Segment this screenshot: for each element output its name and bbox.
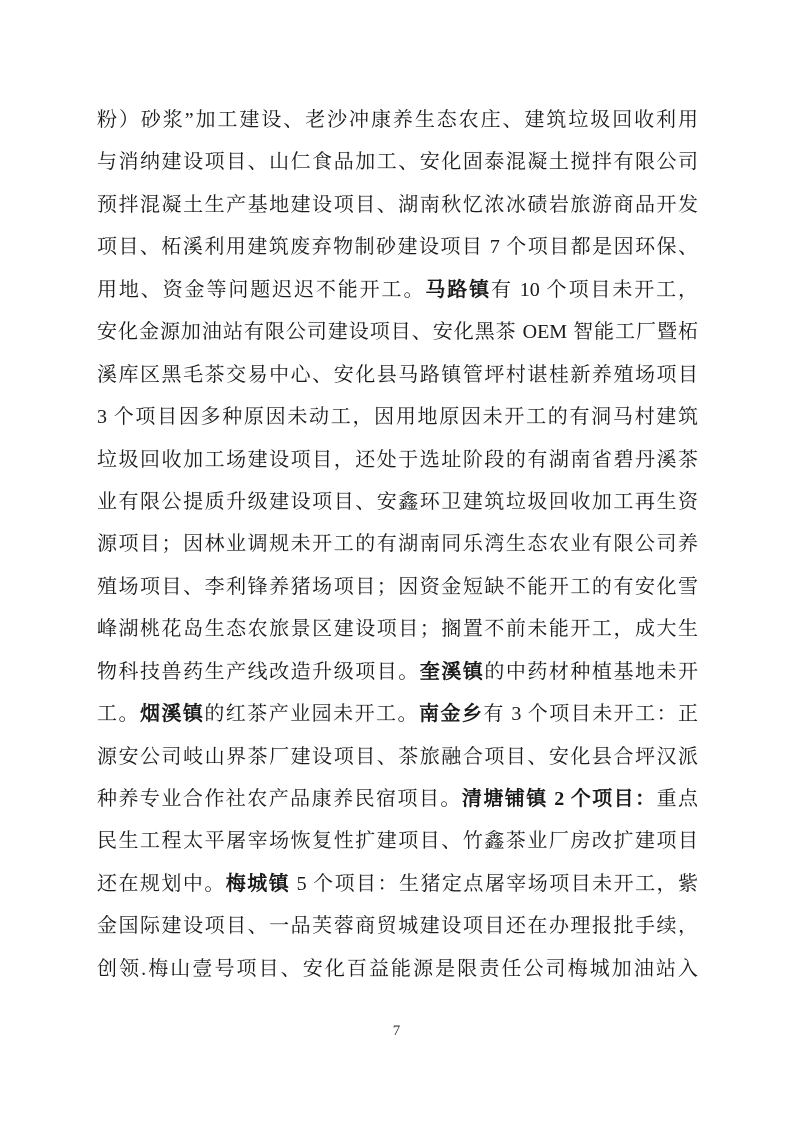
page-number: 7 — [0, 1020, 793, 1042]
text-segment: 3 个项目因多种原因未动工，因用地原因未开工的有洞马村建筑 — [97, 406, 698, 428]
text-segment: 安化金源加油站有限公司建设项目、安化黑茶 OEM 智能工厂暨柘 — [97, 321, 698, 343]
bold-text-segment: 马路镇 — [425, 279, 491, 301]
text-segment: 垃圾回收加工场建设项目，还处于选址阶段的有湖南省碧丹溪茶 — [97, 449, 698, 471]
text-segment: 源项目；因林业调规未开工的有湖南同乐湾生态农业有限公司养 — [97, 533, 698, 555]
text-segment: 业有限公提质升级建设项目、安鑫环卫建筑垃圾回收加工再生资 — [97, 491, 698, 513]
text-segment: 溪库区黑毛茶交易中心、安化县马路镇管坪村谌桂新养殖场项目 — [97, 364, 698, 386]
text-segment: 金国际建设项目、一品芙蓉商贸城建设项目还在办理报批手续， — [97, 915, 698, 937]
text-segment: 有 10 个项目未开工， — [491, 279, 698, 301]
text-line: 用地、资金等问题迟迟不能开工。马路镇有 10 个项目未开工， — [97, 269, 698, 311]
text-segment: 源安公司岐山界茶厂建设项目、茶旅融合项目、安化县合坪汉派 — [97, 746, 698, 768]
text-segment: 的中药材种植基地未开 — [484, 661, 698, 683]
text-line: 安化金源加油站有限公司建设项目、安化黑茶 OEM 智能工厂暨柘 — [97, 311, 698, 353]
text-segment: 物科技兽药生产线改造升级项目。 — [97, 661, 420, 683]
text-segment: 与消纳建设项目、山仁食品加工、安化固泰混凝土搅拌有限公司 — [97, 151, 698, 173]
text-line: 垃圾回收加工场建设项目，还处于选址阶段的有湖南省碧丹溪茶 — [97, 439, 698, 481]
body-text: 粉）砂浆”加工建设、老沙冲康养生态农庄、建筑垃圾回收利用与消纳建设项目、山仁食品… — [97, 99, 698, 990]
bold-text-segment: 梅城镇 — [226, 873, 290, 895]
text-line: 还在规划中。梅城镇 5 个项目：生猪定点屠宰场项目未开工，紫 — [97, 863, 698, 905]
text-segment: 5 个项目：生猪定点屠宰场项目未开工，紫 — [290, 873, 698, 895]
text-line: 预拌混凝土生产基地建设项目、湖南秋忆浓冰碛岩旅游商品开发 — [97, 184, 698, 226]
text-segment: 种养专业合作社农产品康养民宿项目。 — [97, 788, 462, 810]
text-segment: 用地、资金等问题迟迟不能开工。 — [97, 279, 425, 301]
text-line: 种养专业合作社农产品康养民宿项目。清塘铺镇 2 个项目：重点 — [97, 778, 698, 820]
text-line: 业有限公提质升级建设项目、安鑫环卫建筑垃圾回收加工再生资 — [97, 481, 698, 523]
bold-text-segment: 清塘铺镇 2 个项目： — [462, 788, 657, 810]
text-line: 创领.梅山壹号项目、安化百益能源是限责任公司梅城加油站入 — [97, 948, 698, 990]
bold-text-segment: 南金乡 — [419, 703, 483, 725]
text-segment: 殖场项目、李利锋养猪场项目；因资金短缺不能开工的有安化雪 — [97, 576, 698, 598]
text-segment: 重点 — [657, 788, 698, 810]
text-segment: 还在规划中。 — [97, 873, 226, 895]
text-segment: 创领.梅山壹号项目、安化百益能源是限责任公司梅城加油站入 — [97, 958, 698, 980]
text-line: 3 个项目因多种原因未动工，因用地原因未开工的有洞马村建筑 — [97, 396, 698, 438]
text-segment: 峰湖桃花岛生态农旅景区建设项目；搁置不前未能开工，成大生 — [97, 618, 698, 640]
bold-text-segment: 奎溪镇 — [420, 661, 485, 683]
bold-text-segment: 烟溪镇 — [140, 703, 204, 725]
text-segment: 预拌混凝土生产基地建设项目、湖南秋忆浓冰碛岩旅游商品开发 — [97, 194, 698, 216]
text-line: 金国际建设项目、一品芙蓉商贸城建设项目还在办理报批手续， — [97, 905, 698, 947]
text-line: 粉）砂浆”加工建设、老沙冲康养生态农庄、建筑垃圾回收利用 — [97, 99, 698, 141]
text-line: 民生工程太平屠宰场恢复性扩建项目、竹鑫茶业厂房改扩建项目 — [97, 820, 698, 862]
text-line: 与消纳建设项目、山仁食品加工、安化固泰混凝土搅拌有限公司 — [97, 141, 698, 183]
text-segment: 的红茶产业园未开工。 — [204, 703, 419, 725]
text-line: 工。烟溪镇的红茶产业园未开工。南金乡有 3 个项目未开工：正 — [97, 693, 698, 735]
text-line: 峰湖桃花岛生态农旅景区建设项目；搁置不前未能开工，成大生 — [97, 608, 698, 650]
text-line: 源安公司岐山界茶厂建设项目、茶旅融合项目、安化县合坪汉派 — [97, 736, 698, 778]
text-line: 殖场项目、李利锋养猪场项目；因资金短缺不能开工的有安化雪 — [97, 566, 698, 608]
text-segment: 有 3 个项目未开工：正 — [483, 703, 698, 725]
text-line: 项目、柘溪利用建筑废弃物制砂建设项目 7 个项目都是因环保、 — [97, 226, 698, 268]
text-segment: 工。 — [97, 703, 140, 725]
text-line: 物科技兽药生产线改造升级项目。奎溪镇的中药材种植基地未开 — [97, 651, 698, 693]
text-segment: 粉）砂浆”加工建设、老沙冲康养生态农庄、建筑垃圾回收利用 — [97, 109, 698, 131]
text-segment: 项目、柘溪利用建筑废弃物制砂建设项目 7 个项目都是因环保、 — [97, 236, 698, 258]
text-segment: 民生工程太平屠宰场恢复性扩建项目、竹鑫茶业厂房改扩建项目 — [97, 830, 698, 852]
text-line: 源项目；因林业调规未开工的有湖南同乐湾生态农业有限公司养 — [97, 523, 698, 565]
document-page: 粉）砂浆”加工建设、老沙冲康养生态农庄、建筑垃圾回收利用与消纳建设项目、山仁食品… — [0, 0, 793, 1122]
text-line: 溪库区黑毛茶交易中心、安化县马路镇管坪村谌桂新养殖场项目 — [97, 354, 698, 396]
